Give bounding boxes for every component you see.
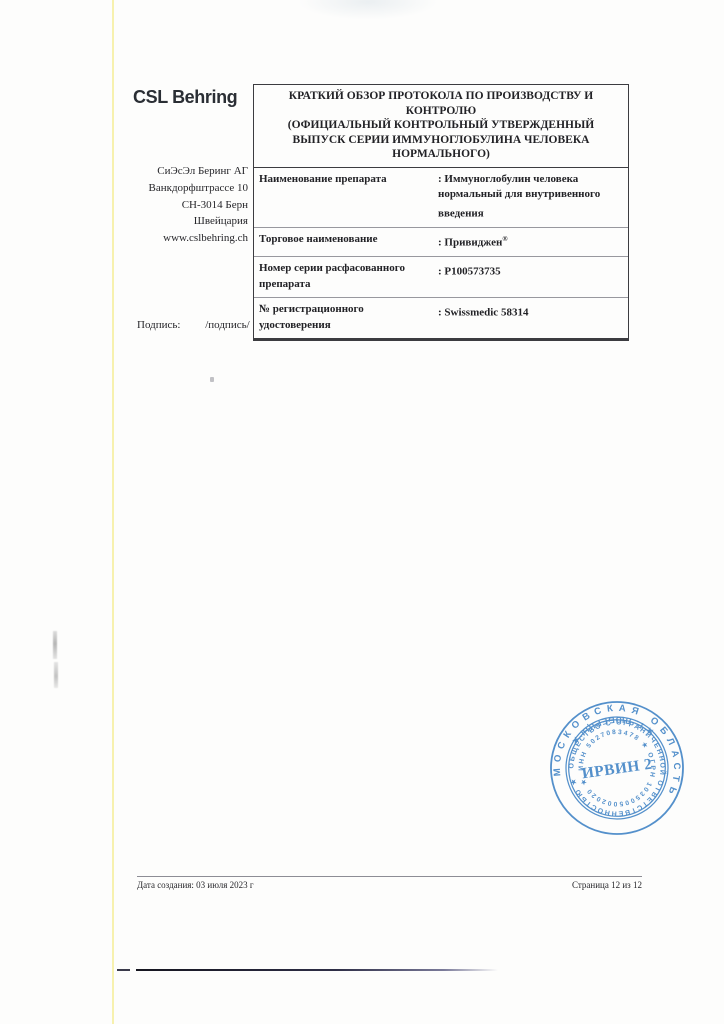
header-line: КРАТКИЙ ОБЗОР ПРОТОКОЛА ПО ПРОИЗВОДСТВУ …	[260, 89, 622, 104]
scan-artifact-bottom-line	[136, 969, 498, 971]
scan-artifact-left-smudge-2	[54, 662, 58, 688]
address-website: www.cslbehring.ch	[88, 230, 248, 247]
row-label: № регистрационного удостоверения	[254, 301, 436, 334]
registered-trademark-symbol: ®	[502, 235, 507, 243]
row-value: : Привиджен®	[436, 231, 628, 252]
scanned-document-page: CSL Behring СиЭсЭл Беринг АГ Ванкдорфштр…	[0, 0, 724, 1024]
scan-artifact-dot	[210, 377, 214, 382]
signature-label: Подпись:	[137, 319, 180, 331]
scan-artifact-top-smudge	[298, 0, 438, 20]
row-value-text: : Привиджен	[438, 237, 502, 249]
header-line: КОНТРОЛЮ	[260, 104, 622, 119]
table-row: № регистрационного удостоверения : Swiss…	[254, 297, 628, 338]
scan-artifact-left-smudge-1	[53, 631, 57, 659]
row-value-text: : Иммуноглобулин человека нормальный для…	[438, 173, 600, 220]
row-value-text: : Swissmedic 58314	[438, 307, 528, 319]
signature-block: Подпись: /подпись/	[137, 319, 250, 331]
company-logo: CSL Behring	[133, 87, 237, 108]
row-value-text: : P100573735	[438, 266, 501, 278]
company-stamp: МОСКОВСКАЯ ОБЛАСТЬ ★ Г. ЛЮБЕРЦЫ ★ ОБЩЕСТ…	[535, 686, 699, 850]
table-row: Номер серии расфасованного препарата : P…	[254, 256, 628, 297]
header-line: (ОФИЦИАЛЬНЫЙ КОНТРОЛЬНЫЙ УТВЕРЖДЕННЫЙ	[260, 118, 622, 133]
address-line: СиЭсЭл Беринг АГ	[88, 163, 248, 180]
footer-page-number: Страница 12 из 12	[572, 880, 642, 890]
row-label: Наименование препарата	[254, 171, 436, 223]
row-value: : Иммуноглобулин человека нормальный для…	[436, 171, 628, 223]
protocol-summary-table: КРАТКИЙ ОБЗОР ПРОТОКОЛА ПО ПРОИЗВОДСТВУ …	[253, 84, 629, 341]
table-row: Торговое наименование : Привиджен®	[254, 227, 628, 256]
row-value: : Swissmedic 58314	[436, 301, 628, 334]
row-label: Номер серии расфасованного препарата	[254, 260, 436, 293]
address-line: Ванкдорфштрассе 10	[88, 180, 248, 197]
row-label: Торговое наименование	[254, 231, 436, 252]
footer-creation-date: Дата создания: 03 июля 2023 г	[137, 880, 254, 890]
signature-placeholder: /подпись/	[205, 319, 249, 331]
header-line: ВЫПУСК СЕРИИ ИММУНОГЛОБУЛИНА ЧЕЛОВЕКА	[260, 133, 622, 148]
scan-artifact-yellow-line	[112, 0, 114, 1024]
table-header-title: КРАТКИЙ ОБЗОР ПРОТОКОЛА ПО ПРОИЗВОДСТВУ …	[254, 85, 628, 168]
table-row: Наименование препарата : Иммуноглобулин …	[254, 168, 628, 227]
page-footer: Дата создания: 03 июля 2023 г Страница 1…	[137, 876, 642, 890]
address-line: CH-3014 Берн	[88, 197, 248, 214]
address-line: Швейцария	[88, 213, 248, 230]
company-address: СиЭсЭл Беринг АГ Ванкдорфштрассе 10 CH-3…	[88, 163, 248, 247]
header-line: НОРМАЛЬНОГО)	[260, 147, 622, 162]
stamp-company-name: ИРВИН 2	[581, 756, 654, 783]
scan-artifact-bottom-dash	[117, 969, 130, 971]
stamp-region-text: МОСКОВСКАЯ ОБЛАСТЬ	[543, 695, 686, 813]
row-value: : P100573735	[436, 260, 628, 293]
